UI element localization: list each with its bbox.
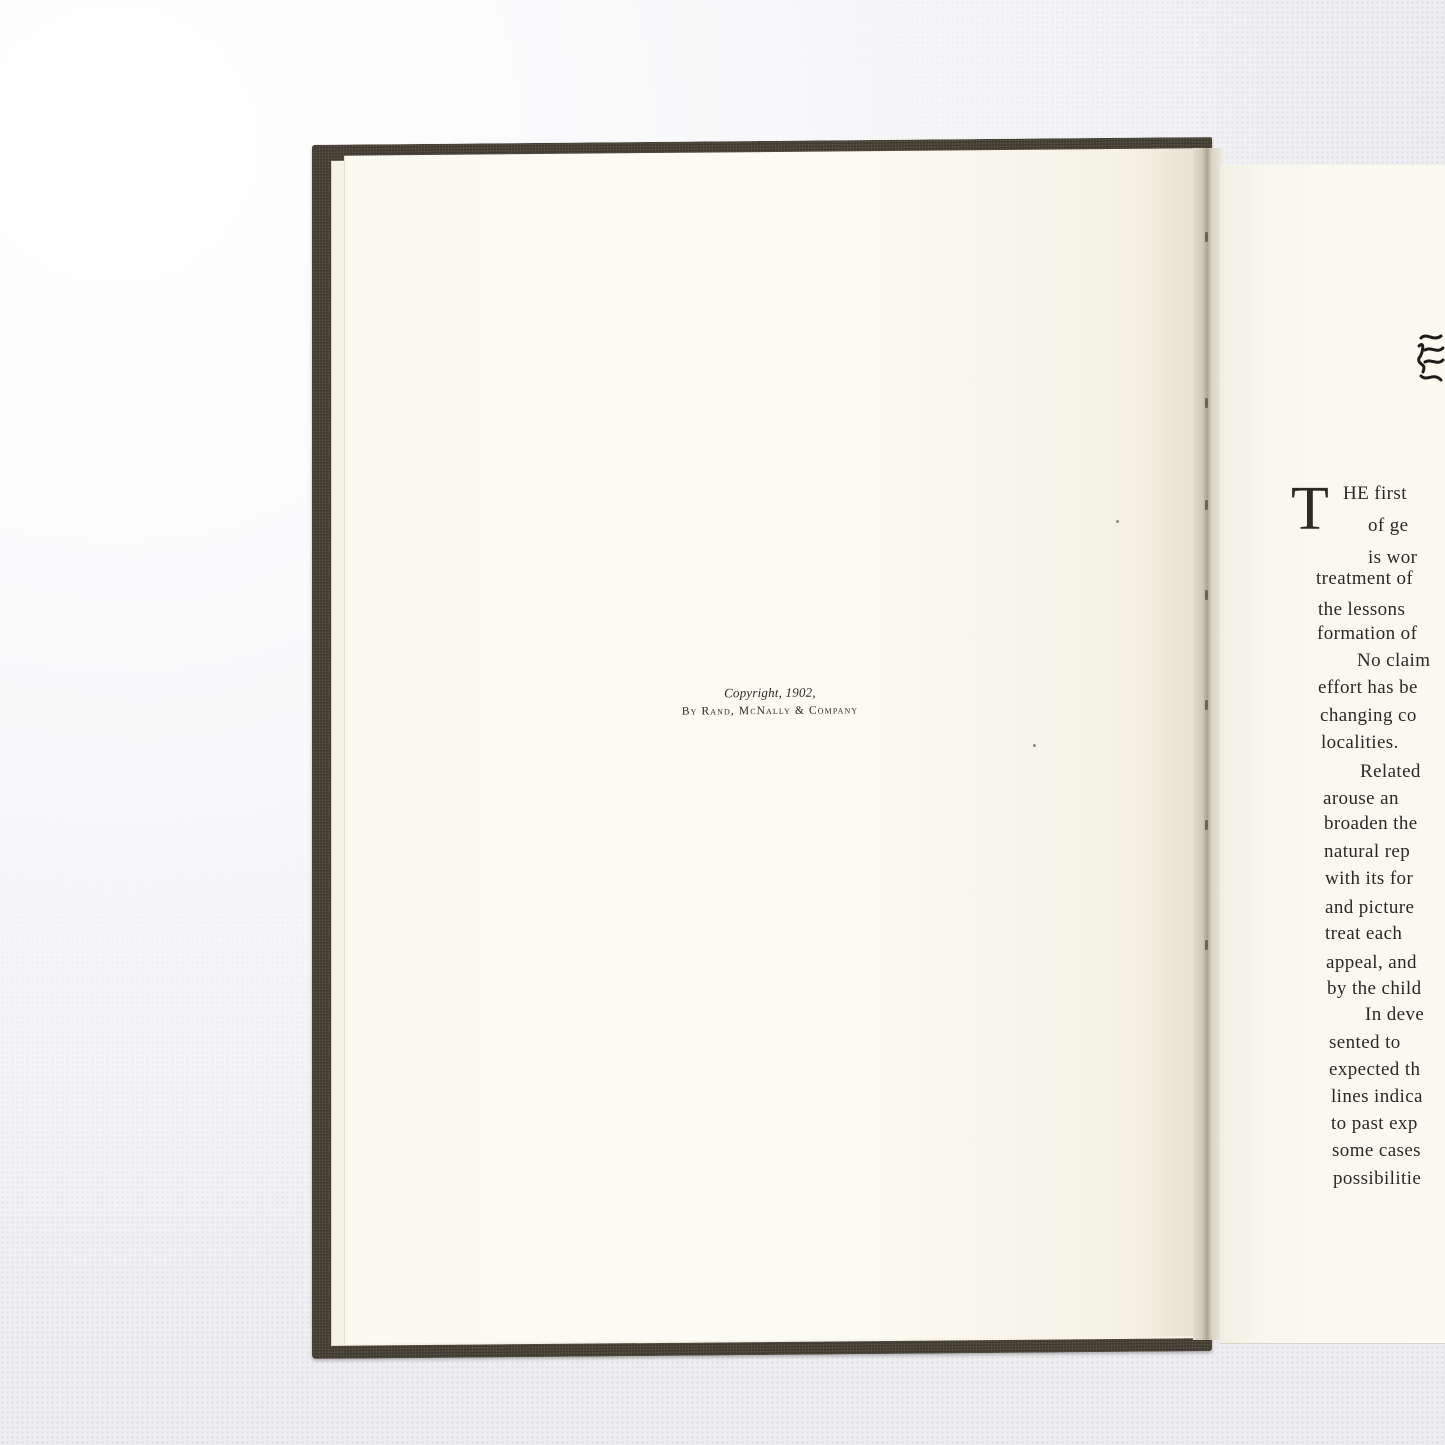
text-line: arouse an: [1323, 787, 1399, 811]
text-line: In deve: [1365, 1003, 1424, 1027]
binding-stitch: [1205, 590, 1208, 600]
text-line: possibilitie: [1333, 1167, 1421, 1191]
text-line: Related: [1360, 760, 1421, 784]
paper-speck: [1033, 744, 1036, 747]
binding-stitch: [1205, 232, 1208, 242]
left-page: [344, 148, 1197, 1343]
text-line: changing co: [1320, 704, 1417, 728]
text-line: to past exp: [1331, 1112, 1418, 1136]
binding-stitch: [1205, 940, 1208, 950]
text-line: with its for: [1325, 867, 1413, 891]
binding-stitch: [1205, 398, 1208, 408]
copyright-year: Copyright, 1902,: [600, 683, 940, 703]
text-line: appeal, and: [1326, 951, 1417, 975]
text-line: some cases: [1332, 1139, 1421, 1163]
text-line: treatment of: [1316, 567, 1413, 591]
book-gutter: [1193, 148, 1223, 1340]
binding-stitch: [1205, 700, 1208, 710]
text-line: HE first: [1343, 482, 1407, 506]
text-line: broaden the: [1324, 812, 1418, 836]
text-line: localities.: [1321, 731, 1399, 755]
copyright-notice: Copyright, 1902, By Rand, McNally & Comp…: [600, 683, 940, 721]
text-line: effort has be: [1318, 676, 1418, 700]
text-line: sented to: [1329, 1031, 1401, 1055]
publisher-name: By Rand, McNally & Company: [600, 701, 940, 721]
text-line: by the child: [1327, 977, 1422, 1001]
text-line: of ge: [1368, 514, 1409, 538]
text-line: formation of: [1317, 622, 1417, 646]
binding-stitch: [1205, 500, 1208, 510]
text-line: treat each: [1325, 922, 1402, 946]
scroll-ornament-icon: [1415, 332, 1445, 390]
text-line: expected th: [1329, 1058, 1420, 1082]
text-line: No claim: [1357, 649, 1430, 673]
drop-cap: T: [1291, 478, 1329, 540]
binding-stitch: [1205, 820, 1208, 830]
paper-speck: [1116, 520, 1119, 523]
text-line: lines indica: [1331, 1085, 1423, 1109]
text-line: the lessons: [1318, 598, 1405, 622]
text-line: natural rep: [1324, 840, 1410, 864]
text-line: and picture: [1325, 896, 1414, 920]
